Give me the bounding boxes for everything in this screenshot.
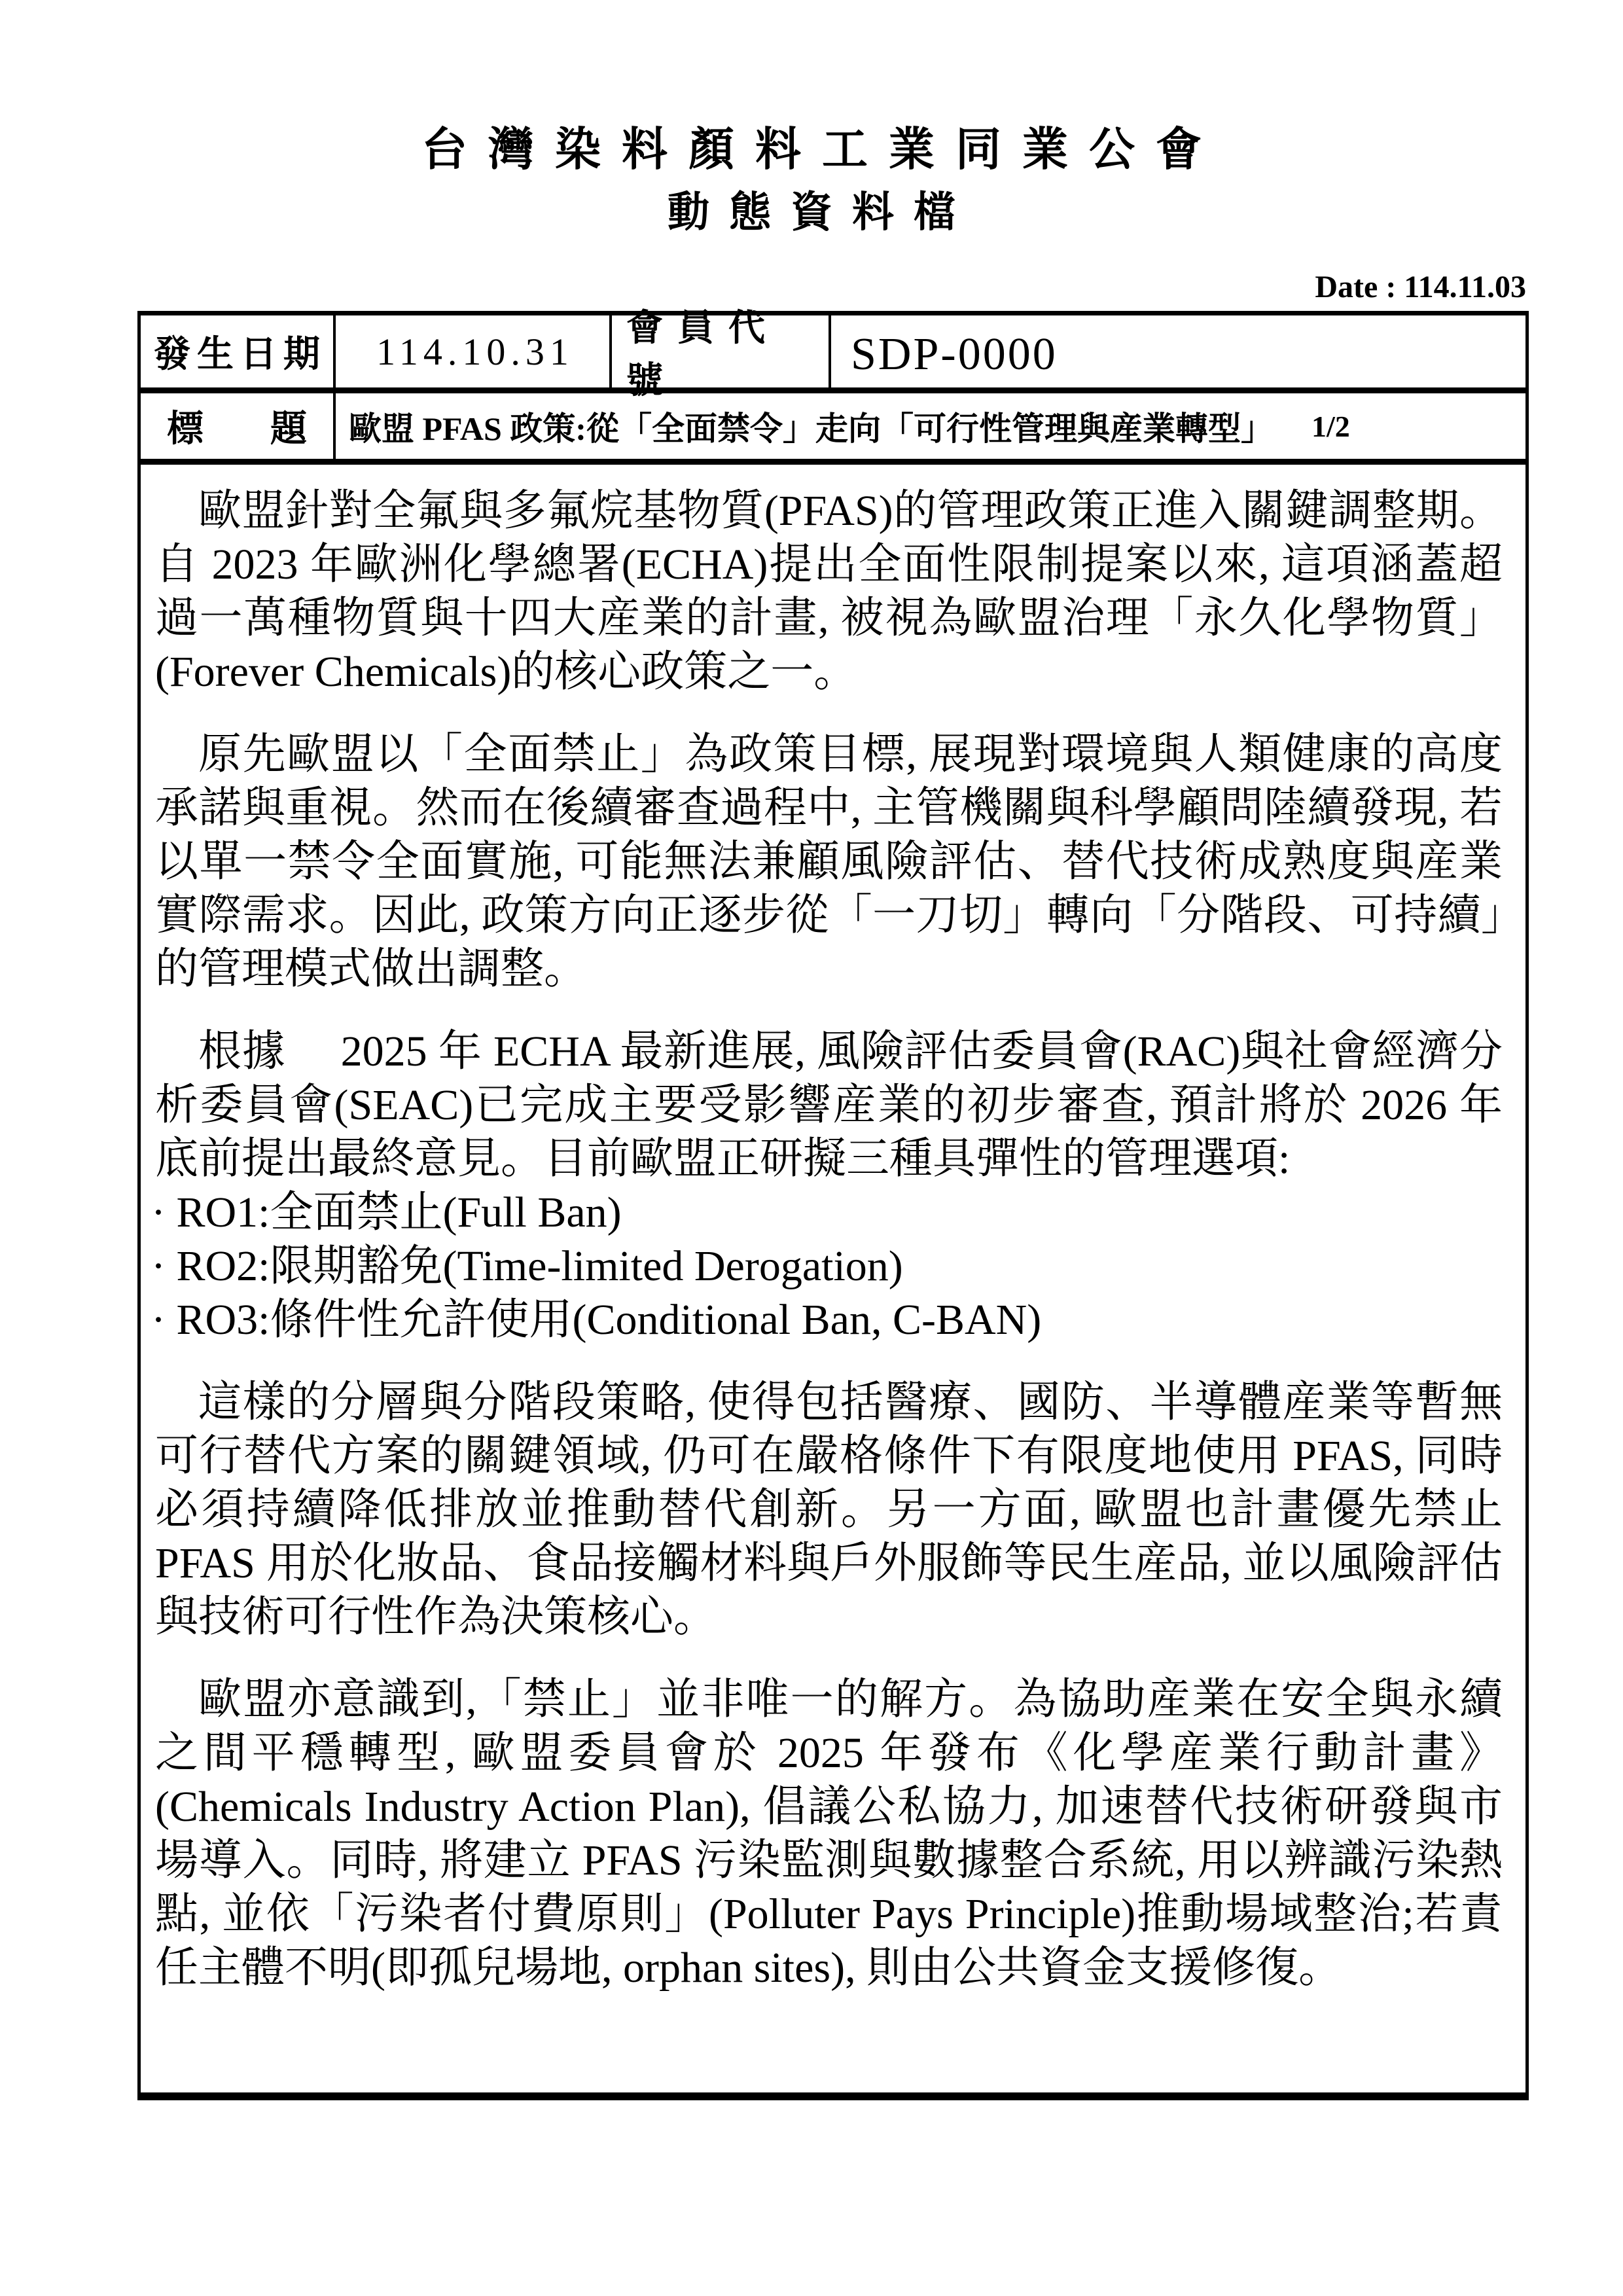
paragraph-4: 這樣的分層與分階段策略, 使得包括醫療、國防、半導體産業等暫無可行替代方案的關鍵… xyxy=(155,1376,1503,1644)
subject-row: 標 題 歐盟 PFAS 政策:從「全面禁令」走向「可行性管理與産業轉型」 1/2 xyxy=(141,393,1525,465)
document-type-title: 動態資料檔 xyxy=(0,192,1623,234)
subject-label-char-left: 標 xyxy=(167,400,204,452)
subject-cell: 歐盟 PFAS 政策:從「全面禁令」走向「可行性管理與産業轉型」 1/2 xyxy=(336,393,1525,459)
member-code-value: SDP-0000 xyxy=(831,315,1525,387)
organization-title: 台灣染料顏料工業同業公會 xyxy=(0,128,1623,173)
paragraph-3: 根據 2025 年 ECHA 最新進展, 風險評估委員會(RAC)與社會經濟分析… xyxy=(155,1025,1503,1186)
paragraph-5: 歐盟亦意識到,「禁止」並非唯一的解方。為協助産業在安全與永續之間平穩轉型, 歐盟… xyxy=(155,1673,1503,1995)
bullet-ro1: · RO1:全面禁止(Full Ban) xyxy=(151,1186,1503,1240)
date-line: Date : 114.11.03 xyxy=(0,272,1623,303)
member-code-label: 會員代號 xyxy=(612,315,831,387)
record-sheet: 發生日期 114.10.31 會員代號 SDP-0000 標 題 歐盟 PFAS… xyxy=(137,311,1529,2100)
subject-label-char-right: 題 xyxy=(270,400,307,452)
page-indicator: 1/2 xyxy=(1311,409,1350,444)
article-body: 歐盟針對全氟與多氟烷基物質(PFAS)的管理政策正進入關鍵調整期。自 2023 … xyxy=(141,465,1525,2092)
bullet-ro3: · RO3:條件性允許使用(Conditional Ban, C-BAN) xyxy=(151,1293,1503,1347)
document-page: 台灣染料顏料工業同業公會 動態資料檔 Date : 114.11.03 發生日期… xyxy=(0,0,1623,2296)
bullet-ro2: · RO2:限期豁免(Time-limited Derogation) xyxy=(151,1240,1503,1293)
occur-date-value: 114.10.31 xyxy=(336,315,612,387)
occur-date-label: 發生日期 xyxy=(141,315,336,387)
paragraph-1: 歐盟針對全氟與多氟烷基物質(PFAS)的管理政策正進入關鍵調整期。自 2023 … xyxy=(155,484,1503,699)
header-row: 發生日期 114.10.31 會員代號 SDP-0000 xyxy=(141,315,1525,393)
paragraph-2: 原先歐盟以「全面禁止」為政策目標, 展現對環境與人類健康的高度承諾與重視。然而在… xyxy=(155,728,1503,996)
subject-label: 標 題 xyxy=(141,393,336,459)
subject-title: 歐盟 PFAS 政策:從「全面禁令」走向「可行性管理與産業轉型」 xyxy=(349,403,1274,450)
